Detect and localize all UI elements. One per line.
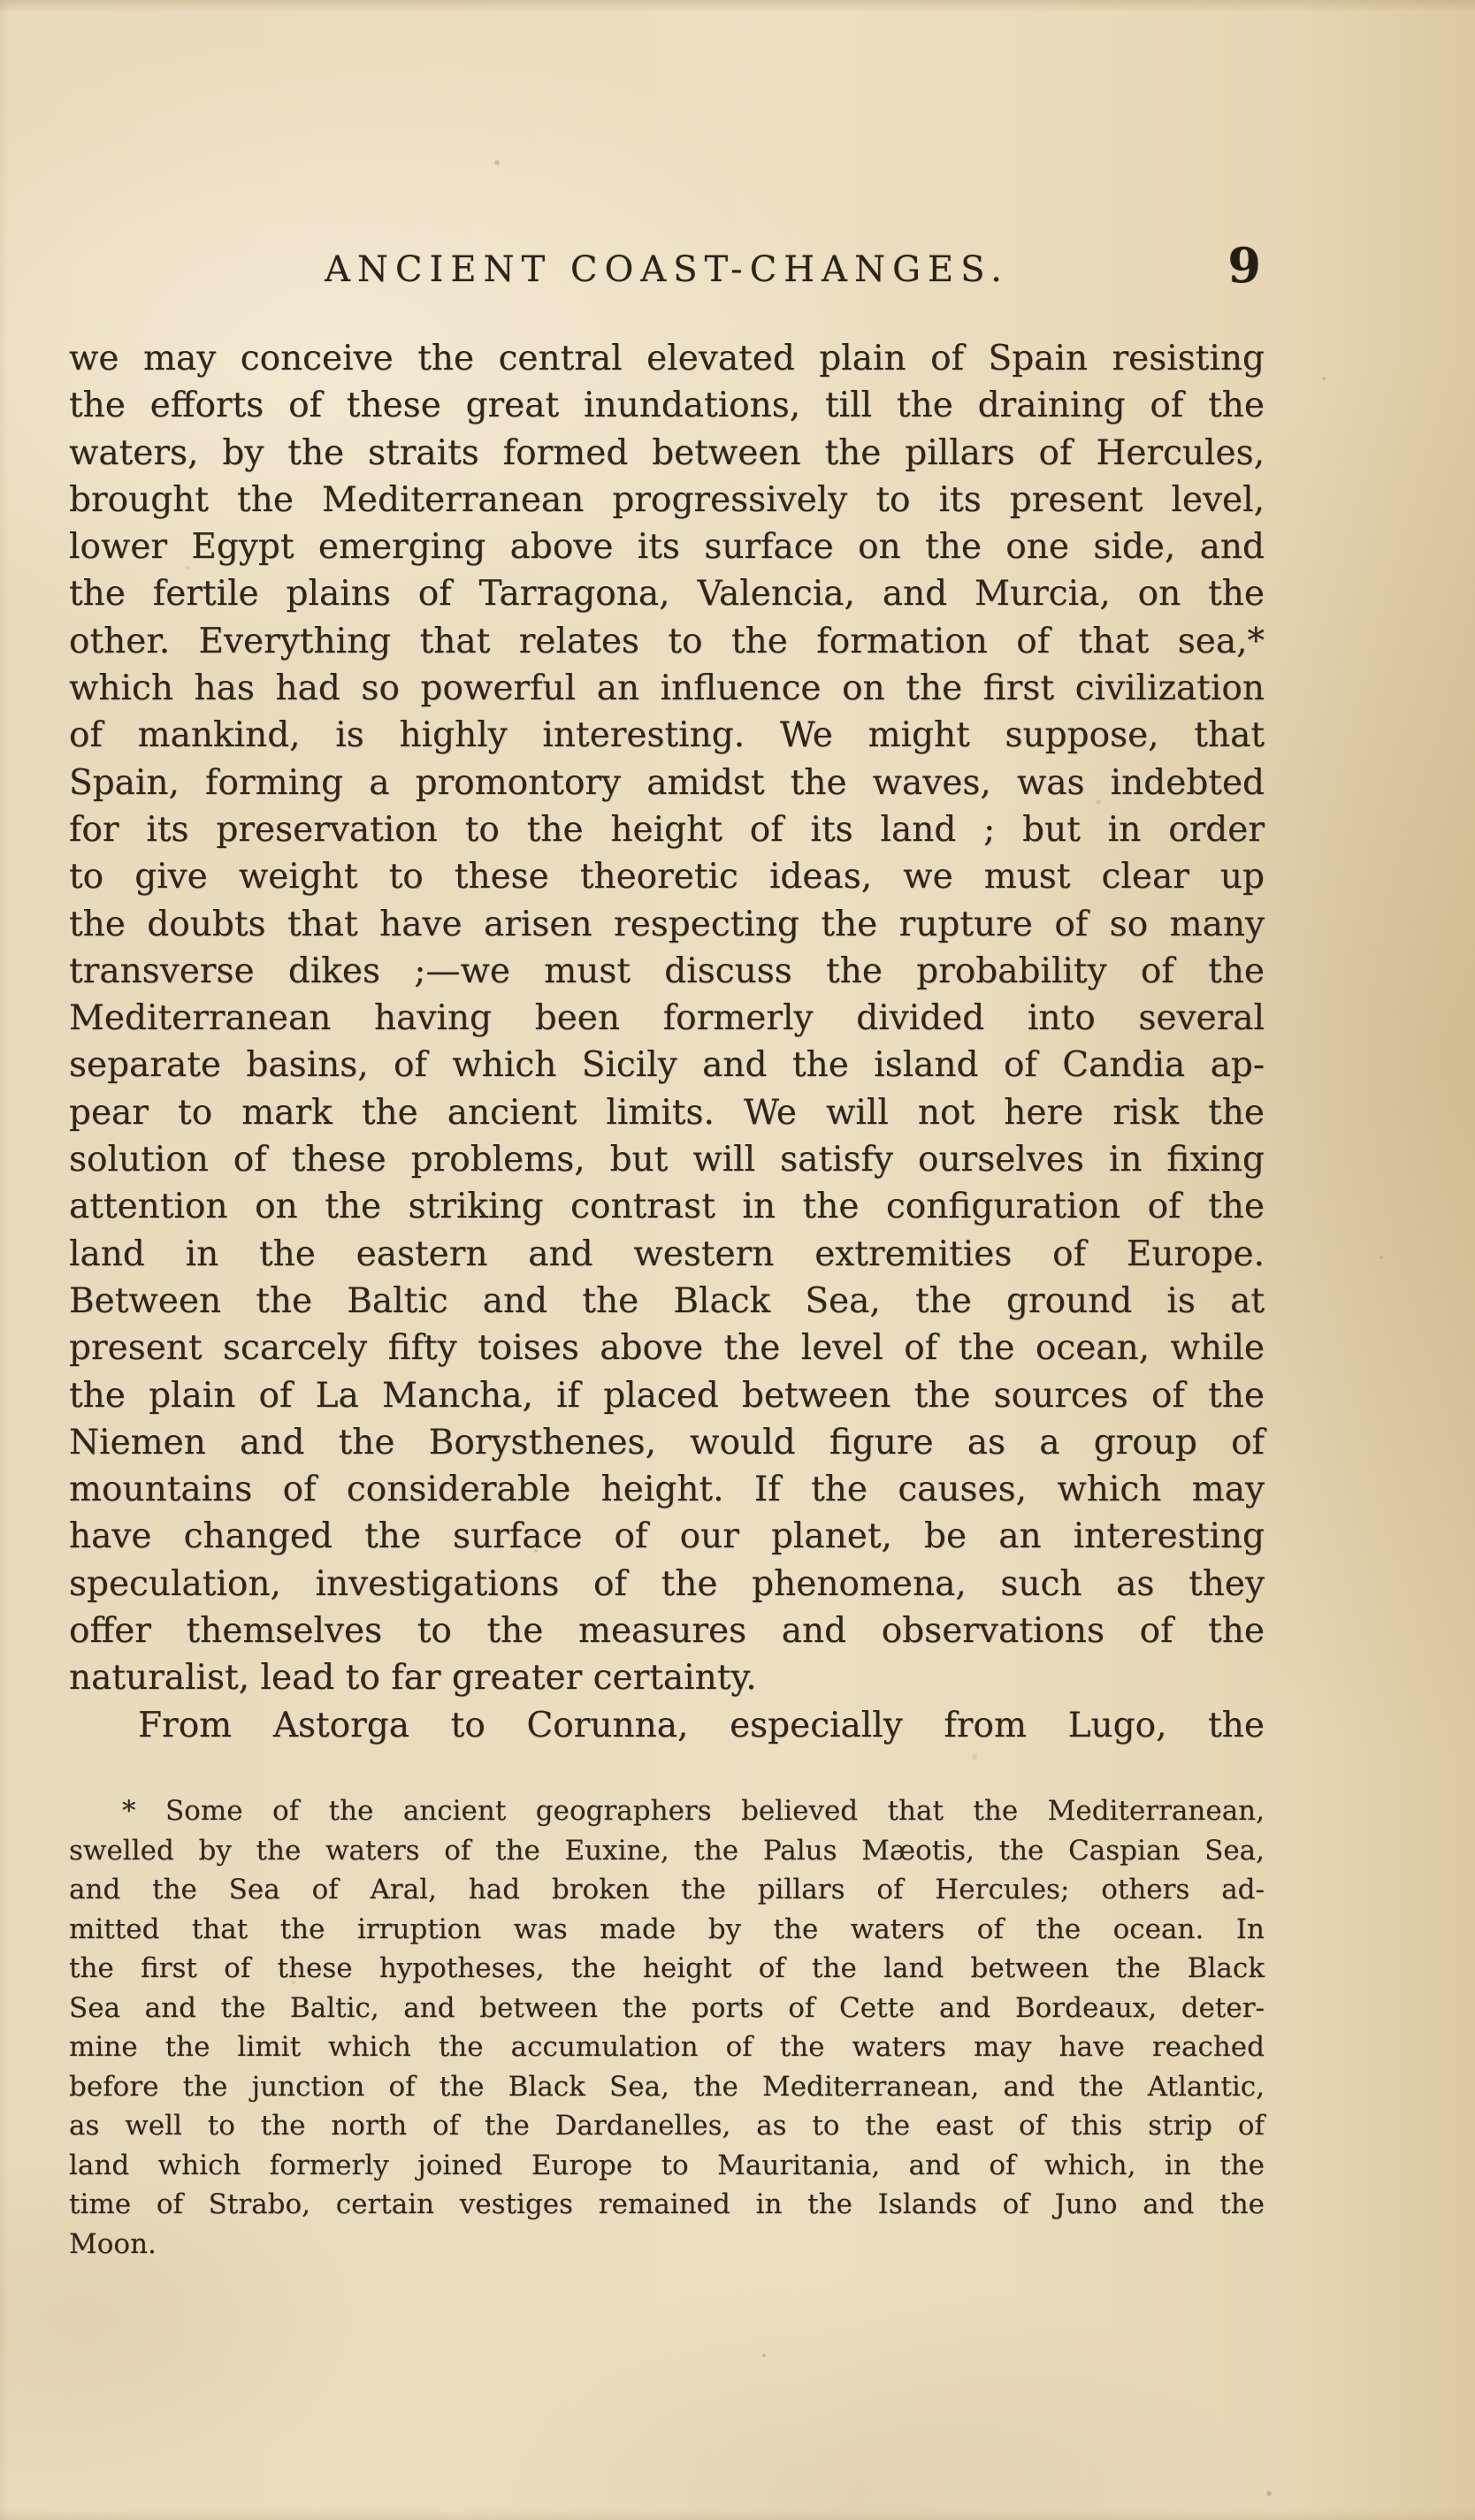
footnote-line: Moon. bbox=[69, 2225, 1265, 2264]
footnote-line: and the Sea of Aral, had broken the pill… bbox=[69, 1870, 1265, 1910]
body-text-line: the efforts of these great inundations, … bbox=[69, 382, 1265, 429]
footnote-line: as well to the north of the Dardanelles,… bbox=[69, 2106, 1265, 2146]
body-text-line: of mankind, is highly interesting. We mi… bbox=[69, 712, 1265, 759]
body-text-line: solution of these problems, but will sat… bbox=[69, 1136, 1265, 1183]
body-text-line: separate basins, of which Sicily and the… bbox=[69, 1042, 1265, 1088]
footnote-line: Sea and the Baltic, and between the port… bbox=[69, 1989, 1265, 2028]
book-page-scan: ANCIENT COAST-CHANGES. 9 we may conceive… bbox=[0, 0, 1475, 2520]
running-title: ANCIENT COAST-CHANGES. bbox=[69, 249, 1265, 290]
body-text-line: to give weight to these theoretic ideas,… bbox=[69, 853, 1265, 900]
footnote-line: before the junction of the Black Sea, th… bbox=[69, 2067, 1265, 2107]
body-text-line: the doubts that have arisen respecting t… bbox=[69, 901, 1265, 948]
body-text-line: we may conceive the central elevated pla… bbox=[69, 335, 1265, 382]
body-text-line: land in the eastern and western extremit… bbox=[69, 1231, 1265, 1278]
page-header: ANCIENT COAST-CHANGES. 9 bbox=[69, 237, 1265, 299]
footnote-line: swelled by the waters of the Euxine, the… bbox=[69, 1831, 1265, 1871]
body-text-line: the plain of La Mancha, if placed betwee… bbox=[69, 1372, 1265, 1419]
body-text-line: offer themselves to the measures and obs… bbox=[69, 1607, 1265, 1654]
body-text-line: brought the Mediterranean progressively … bbox=[69, 477, 1265, 523]
body-text-line: attention on the striking contrast in th… bbox=[69, 1183, 1265, 1230]
body-text-line: speculation, investigations of the pheno… bbox=[69, 1561, 1265, 1607]
body-text-line: From Astorga to Corunna, especially from… bbox=[69, 1702, 1265, 1749]
body-text-line: present scarcely fifty toises above the … bbox=[69, 1325, 1265, 1371]
footnote-line: the first of these hypotheses, the heigh… bbox=[69, 1949, 1265, 1989]
body-text-line: Spain, forming a promontory amidst the w… bbox=[69, 760, 1265, 806]
text-column: ANCIENT COAST-CHANGES. 9 we may conceive… bbox=[69, 0, 1265, 2520]
body-text-line: other. Everything that relates to the fo… bbox=[69, 618, 1265, 665]
body-text-line: for its preservation to the height of it… bbox=[69, 806, 1265, 853]
body-text-line: the fertile plains of Tarragona, Valenci… bbox=[69, 570, 1265, 617]
body-text-line: waters, by the straits formed between th… bbox=[69, 430, 1265, 477]
body-text-line: Between the Baltic and the Black Sea, th… bbox=[69, 1278, 1265, 1325]
footnote-line: mitted that the irruption was made by th… bbox=[69, 1910, 1265, 1950]
footnote-line: mine the limit which the accumulation of… bbox=[69, 2027, 1265, 2067]
body-text: we may conceive the central elevated pla… bbox=[69, 335, 1265, 1749]
body-text-line: lower Egypt emerging above its surface o… bbox=[69, 523, 1265, 570]
body-text-line: naturalist, lead to far greater certaint… bbox=[69, 1654, 1265, 1701]
page-number: 9 bbox=[1227, 237, 1261, 294]
footnote-line: time of Strabo, certain vestiges remaine… bbox=[69, 2185, 1265, 2225]
body-text-line: which has had so powerful an influence o… bbox=[69, 665, 1265, 712]
body-text-line: transverse dikes ;—we must discuss the p… bbox=[69, 948, 1265, 995]
body-text-line: mountains of considerable height. If the… bbox=[69, 1466, 1265, 1513]
body-text-line: pear to mark the ancient limits. We will… bbox=[69, 1089, 1265, 1136]
footnote-line: land which formerly joined Europe to Mau… bbox=[69, 2146, 1265, 2186]
footnote: * Some of the ancient geographers believ… bbox=[69, 1791, 1265, 2264]
body-text-line: have changed the surface of our planet, … bbox=[69, 1513, 1265, 1560]
footnote-line: * Some of the ancient geographers believ… bbox=[69, 1791, 1265, 1831]
body-text-line: Niemen and the Borysthenes, would figure… bbox=[69, 1419, 1265, 1466]
body-text-line: Mediterranean having been formerly divid… bbox=[69, 995, 1265, 1042]
